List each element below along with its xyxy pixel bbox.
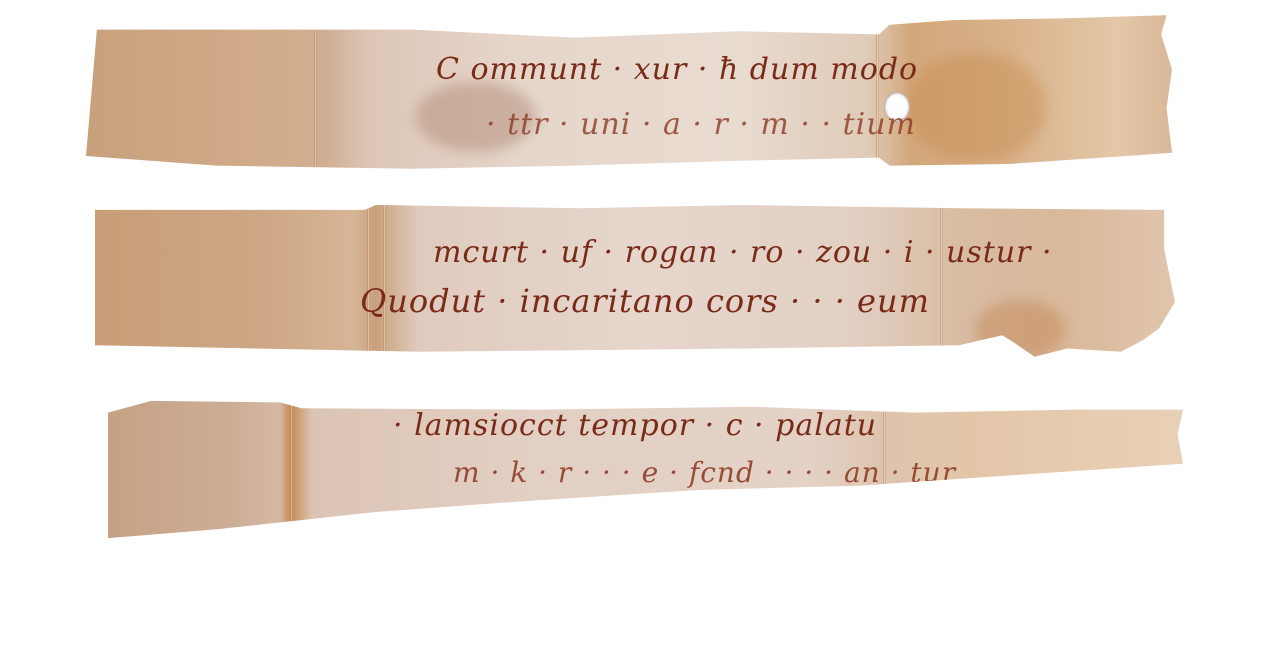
script-line: · lamsiocct tempor · c · palatu [393,408,877,443]
parchment-strip-top: C ommunt · xur · ħ dum modo · ttr · uni … [86,12,1172,172]
stain [975,300,1065,360]
fold-crease [314,12,317,172]
fold-crease [290,398,293,544]
script-line: mcurt · uf · rogan · ro · zou · i · ustu… [433,235,1053,270]
fold-crease [940,200,943,365]
script-line: C ommunt · xur · ħ dum modo [436,52,918,87]
stain [906,52,1046,162]
parchment-strip-bottom: · lamsiocct tempor · c · palatu m · k · … [108,398,1183,544]
script-line: Quodut · incaritano cors · · · eum [360,282,930,320]
script-line: · ttr · uni · a · r · m · · tium [486,107,916,142]
parchment-strip-middle: mcurt · uf · rogan · ro · zou · i · ustu… [95,200,1175,365]
fold-crease [876,12,879,172]
script-line: m · k · r · · · e · fcnd · · · · an · tu… [453,456,956,489]
